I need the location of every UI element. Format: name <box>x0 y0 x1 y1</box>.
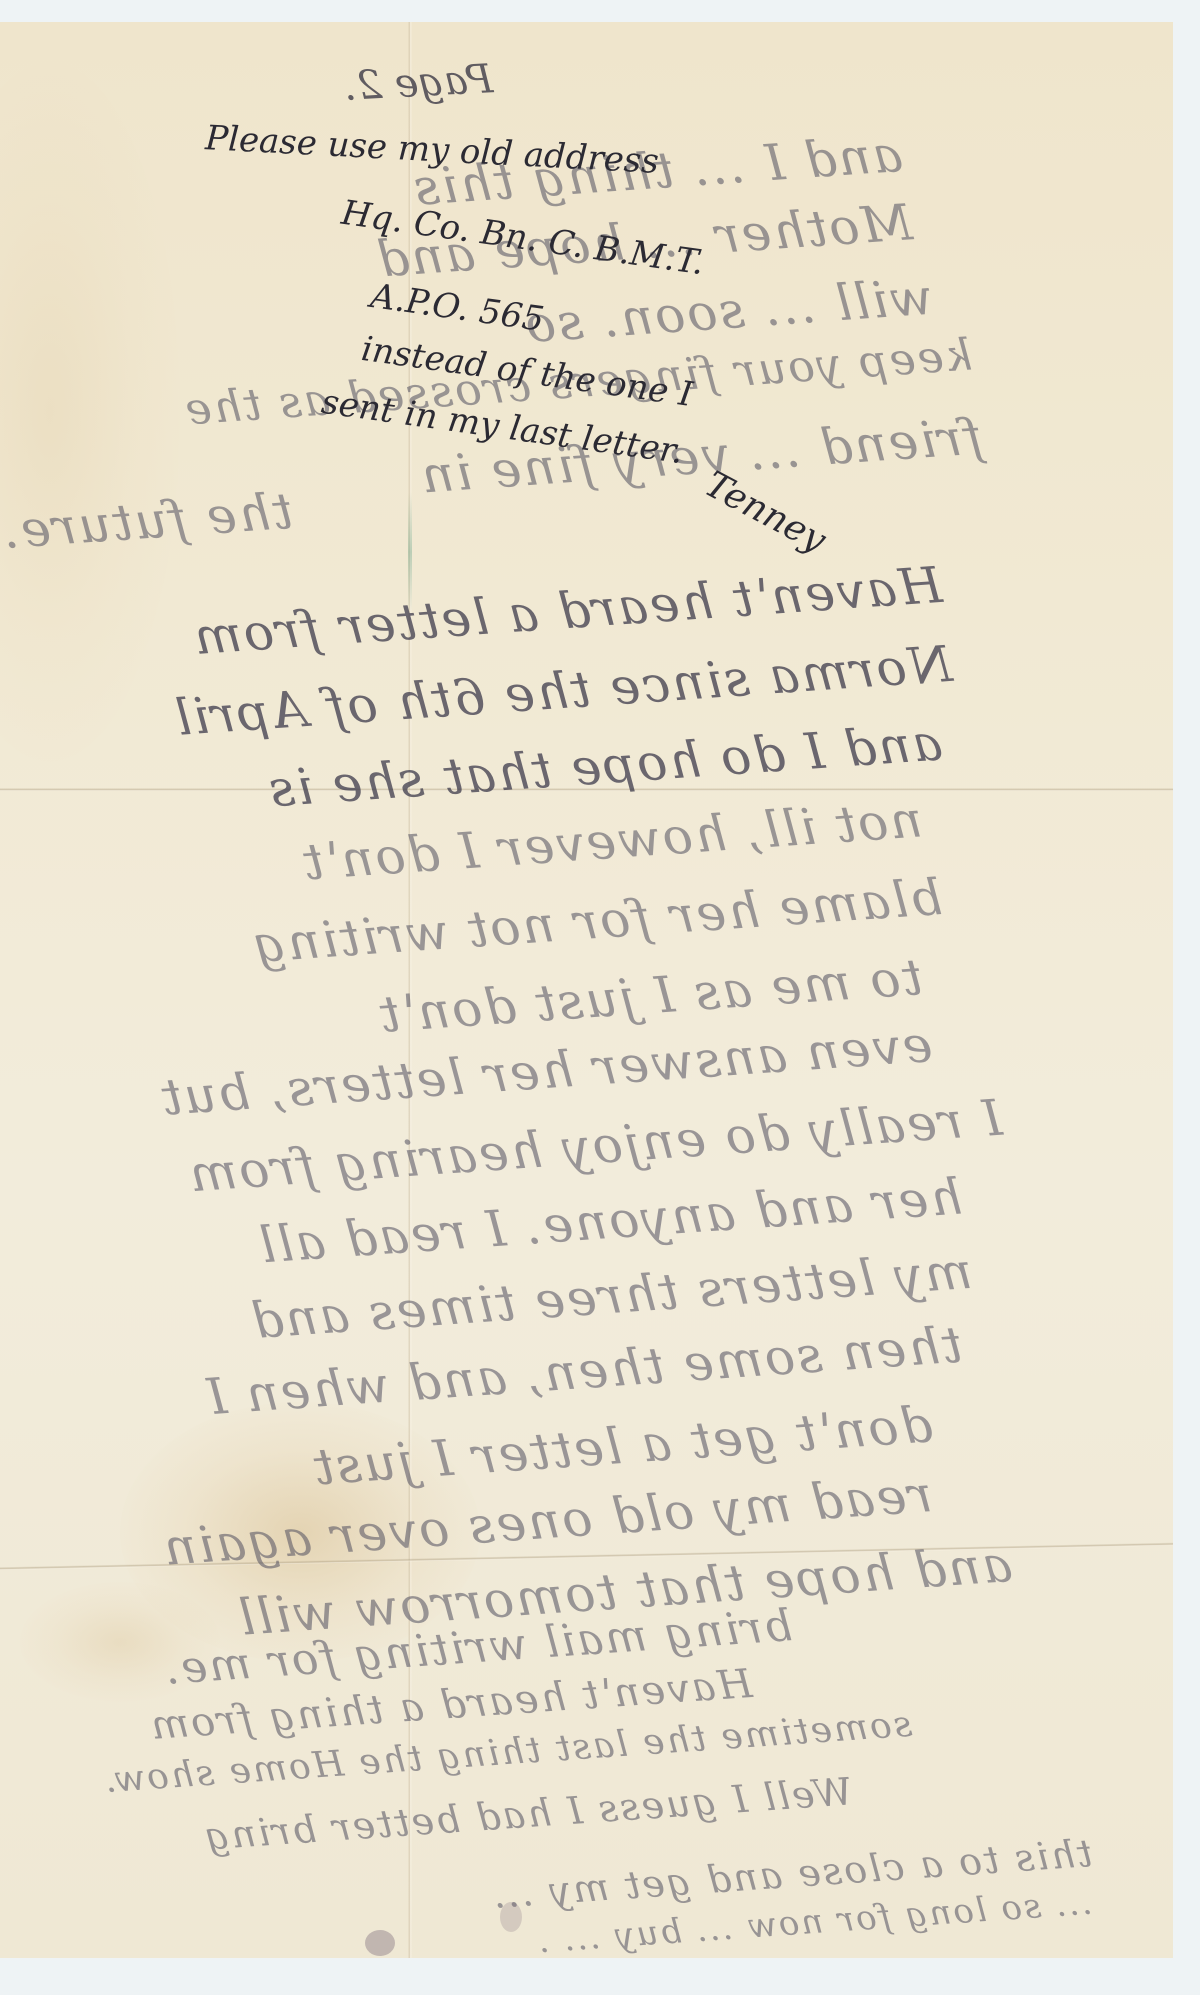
ink-smudge <box>500 1902 522 1932</box>
bleed-through-text: Page 2. and I ... thing this Mother ... … <box>0 22 1173 1958</box>
letter-page: Page 2. and I ... thing this Mother ... … <box>0 22 1173 1958</box>
ink-smudge <box>365 1930 395 1956</box>
bleed-line: the future. <box>0 482 295 560</box>
page-number: Page 2. <box>343 56 494 110</box>
